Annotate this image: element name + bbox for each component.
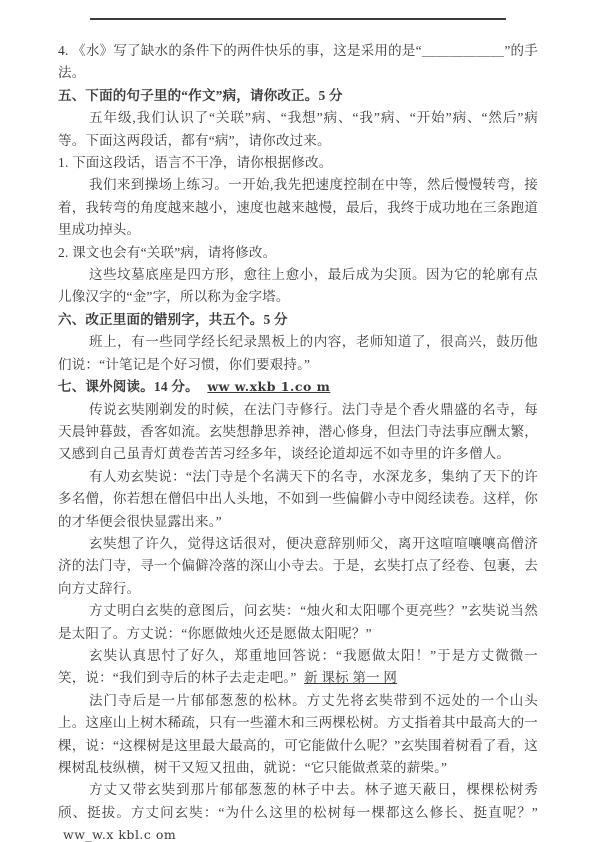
item-1-passage: 我们来到操场上练习。一开始,我先把速度控制在中等，然后慢慢转弯，接着，我转弯的角… [58, 174, 538, 241]
reading-paragraph-5: 玄奘认真思忖了好久，郑重地回答说：“我愿做太阳！”于是方丈微微一笑，说：“我们到… [58, 645, 538, 690]
watermark-url-xkb1: ww_w.x kbl.c om [63, 827, 176, 842]
exam-page: 4. 《水》写了缺水的条件下的两件快乐的事，这是采用的是“＿＿＿＿＿＿”的手法。… [0, 0, 596, 842]
reading-paragraph-6: 法门寺后是一片郁郁葱葱的松林。方丈先将玄奘带到不远处的一个山头上。这座山上树木稀… [58, 690, 538, 780]
section-7-heading: 七、课外阅读。14 分。 ww w.xkb 1.co m [58, 376, 538, 398]
watermark-url-xkb: ww w.xkb 1.co m [207, 379, 330, 394]
reading-paragraph-4: 方丈明白玄奘的意图后，问玄奘：“烛火和太阳哪个更亮些？”玄奘说当然是太阳了。方丈… [58, 600, 538, 645]
reading-paragraph-3: 玄奘想了许久，觉得这话很对，便决意辞别师父，离开这喧喧嚷嚷高僧济济的法门寺，寻一… [58, 533, 538, 600]
item-2-prompt: 2. 课文也会有“关联”病，请将修改。 [58, 242, 538, 264]
reading-paragraph-7: 方丈又带玄奘到那片郁郁葱葱的林子中去。林子遮天蔽日，棵棵松树秀颀、挺拔。方丈问玄… [58, 779, 538, 842]
reading-paragraph-5-text: 玄奘认真思忖了好久，郑重地回答说：“我愿做太阳！”于是方丈微微一笑，说：“我们到… [58, 648, 538, 685]
item-1-prompt: 1. 下面这段话，语言不干净，请你根据修改。 [58, 152, 538, 174]
item-2-passage: 这些坟墓底座是四方形，愈往上愈小，最后成为尖顶。因为它的轮廓有点儿像汉字的“金”… [58, 264, 538, 309]
reading-paragraph-2: 有人劝玄奘说：“法门寺是个名满天下的名寺，水深龙多，集纳了天下的许多名僧，你若想… [58, 466, 538, 533]
question-4: 4. 《水》写了缺水的条件下的两件快乐的事，这是采用的是“＿＿＿＿＿＿”的手法。 [58, 40, 538, 85]
section-7-heading-text: 七、课外阅读。14 分。 [58, 379, 199, 394]
section-6-heading: 六、改正里面的错别字，共五个。5 分 [58, 309, 538, 331]
exam-content: 4. 《水》写了缺水的条件下的两件快乐的事，这是采用的是“＿＿＿＿＿＿”的手法。… [58, 40, 538, 842]
section-5-intro: 五年级,我们认识了“关联”病、“我想”病、“我”病、“开始”病、“然后”病等。下… [58, 107, 538, 152]
watermark-xinkebiao: 新 课标 第一 网 [304, 670, 397, 685]
reading-paragraph-1: 传说玄奘刚剃发的时候，在法门寺修行。法门寺是个香火鼎盛的名寺，每天晨钟暮鼓，香客… [58, 399, 538, 466]
page-top-rule [90, 18, 506, 20]
reading-paragraph-7-text: 方丈又带玄奘到那片郁郁葱葱的林子中去。林子遮天蔽日，棵棵松树秀颀、挺拔。方丈问玄… [58, 782, 538, 819]
section-6-passage: 班上，有一些同学经长纪录黑板上的内容，老师知道了，很高兴，鼓历他们说：“计笔记是… [58, 331, 538, 376]
section-5-heading: 五、下面的句子里的“作文”病，请你改正。5 分 [58, 85, 538, 107]
